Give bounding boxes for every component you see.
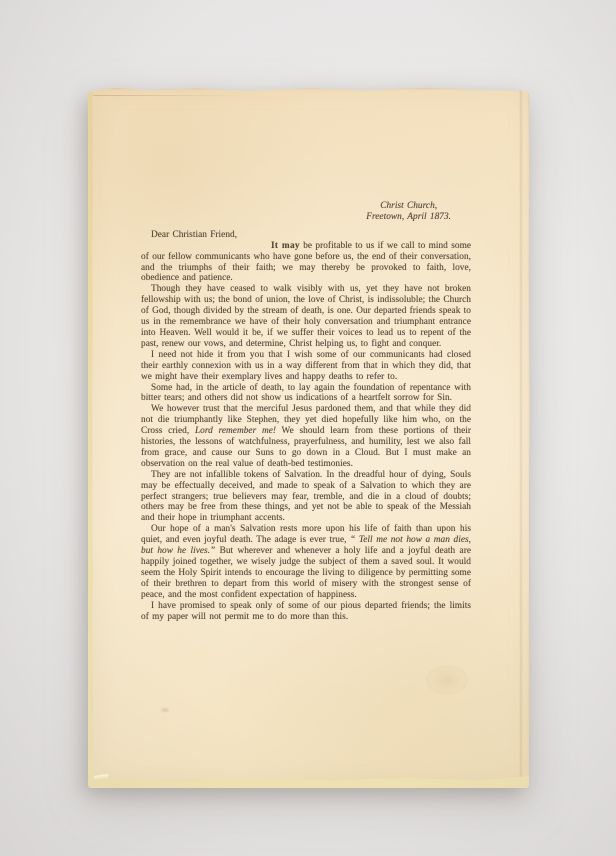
letter-sheet: Christ Church, Freetown, April 1873. Dea…: [90, 87, 531, 783]
paragraph-6: They are not infallible tokens of Salvat…: [141, 470, 471, 525]
letterhead: Christ Church, Freetown, April 1873.: [366, 201, 451, 223]
paper-stain: [426, 665, 468, 695]
paragraph-1-lead: It may: [271, 241, 300, 251]
fold-crease: [519, 87, 523, 783]
paragraph-7: Our hope of a man's Salvation rests more…: [141, 524, 471, 600]
ink-speck: [160, 707, 170, 713]
top-crease: [93, 95, 243, 96]
letter-sheet-wrap: Christ Church, Freetown, April 1873. Dea…: [90, 87, 531, 783]
photo-backdrop: Christ Church, Freetown, April 1873. Dea…: [0, 0, 616, 856]
paragraph-3: I need not hide it from you that I wish …: [141, 350, 471, 383]
paragraph-5: We however trust that the merciful Jesus…: [141, 404, 471, 469]
paragraph-2: Though they have ceased to walk visibly …: [141, 284, 471, 349]
paragraph-1-text: be profitable to us if we call to mind s…: [141, 241, 471, 284]
salutation: Dear Christian Friend,: [141, 230, 471, 241]
letterhead-place: Christ Church,: [366, 201, 451, 212]
paragraph-5-quote: Lord remember me!: [195, 426, 276, 436]
letterhead-date: Freetown, April 1873.: [366, 212, 451, 223]
paragraph-8: I have promised to speak only of some of…: [141, 601, 471, 623]
paragraph-1: It may be profitable to us if we call to…: [141, 241, 471, 285]
paragraph-4: Some had, in the article of death, to la…: [141, 383, 471, 405]
letter-text: Christ Church, Freetown, April 1873. Dea…: [141, 201, 471, 622]
